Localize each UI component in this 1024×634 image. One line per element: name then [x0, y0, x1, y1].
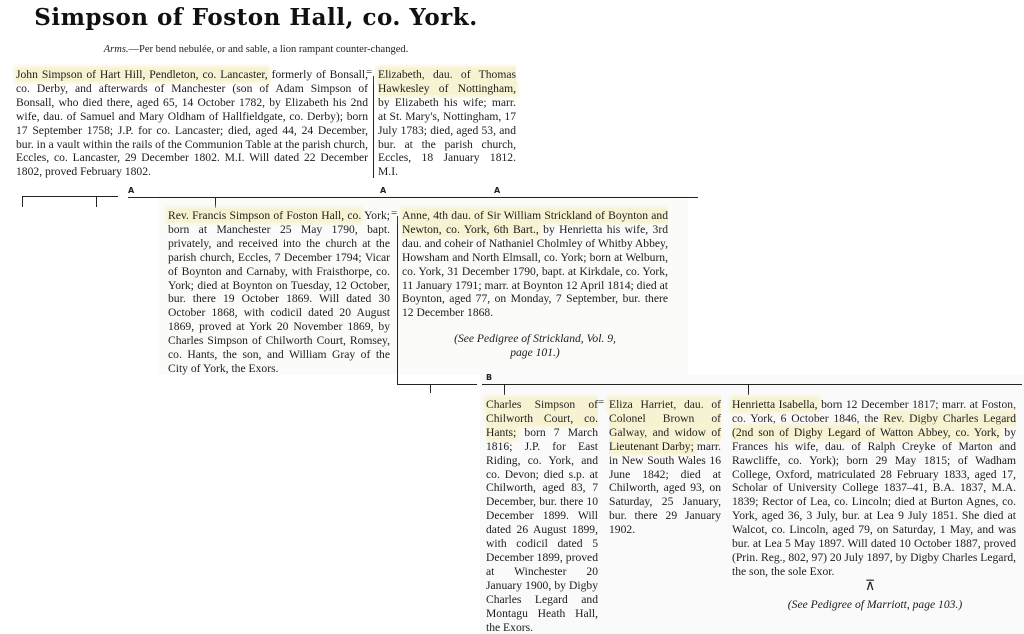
charles-simpson-entry: Charles Simpson of Chilworth Court, co. … — [486, 398, 598, 634]
descent-marker: B — [486, 373, 492, 382]
person-details: formerly of Bonsall, co. Derby, and afte… — [16, 68, 368, 178]
eliza-harriet-entry: Eliza Harriet, dau. of Colonel Brown of … — [609, 398, 721, 537]
marriage-symbol: = — [366, 66, 372, 78]
person-details: born 7 March 1816; J.P. for East Riding,… — [486, 426, 598, 634]
person-name: Henrietta Isabella, — [732, 398, 818, 411]
henrietta-isabella-entry: Henrietta Isabella, born 12 December 181… — [732, 398, 1016, 579]
reference-line-1: (See Pedigree of Strickland, Vol. 9, — [420, 332, 650, 346]
child-drop-line — [96, 197, 97, 207]
arms-text: —Per bend nebulée, or and sable, a lion … — [129, 44, 409, 55]
descent-marker: A — [494, 186, 500, 195]
issue-symbol: ⊼ — [865, 578, 875, 595]
person-details: by Elizabeth his wife; marr. at St. Mary… — [378, 96, 516, 179]
branch-line — [397, 384, 477, 385]
elizabeth-hawkesley-entry: Elizabeth, dau. of Thomas Hawkesley of N… — [378, 68, 516, 179]
branch-line — [22, 196, 118, 197]
marriage-vertical-line — [373, 76, 374, 178]
child-drop-line — [22, 197, 23, 207]
person-details: by Frances his wife, dau. of Ralph Creyk… — [732, 426, 1016, 578]
child-drop-line — [504, 385, 505, 395]
child-drop-line — [215, 198, 216, 208]
francis-simpson-entry: Rev. Francis Simpson of Foston Hall, co.… — [168, 209, 390, 376]
person-details: York; born at Manchester 25 May 1790, ba… — [168, 209, 390, 375]
descent-marker: A — [380, 186, 386, 195]
person-details: marr. in New South Wales 16 June 1842; d… — [609, 440, 721, 536]
john-simpson-entry: John Simpson of Hart Hill, Pendleton, co… — [16, 68, 368, 179]
reference-line-2: page 101.) — [420, 346, 650, 360]
person-details: by Henrietta his wife, 3rd dau. and cohe… — [402, 223, 668, 319]
strickland-pedigree-reference: (See Pedigree of Strickland, Vol. 9, pag… — [420, 332, 650, 360]
marriage-symbol: = — [598, 396, 604, 408]
branch-line — [482, 384, 1022, 385]
person-name: Elizabeth, dau. of Thomas Hawkesley of N… — [378, 68, 516, 95]
person-name: John Simpson of Hart Hill, Pendleton, co… — [16, 68, 268, 81]
descent-marker: A — [128, 186, 134, 195]
arms-description: Arms.—Per bend nebulée, or and sable, a … — [0, 44, 512, 55]
branch-line — [128, 197, 698, 198]
marriott-pedigree-reference: (See Pedigree of Marriott, page 103.) — [740, 598, 1010, 612]
child-drop-line — [430, 385, 431, 393]
child-drop-line — [748, 385, 749, 395]
marriage-vertical-line — [397, 216, 398, 384]
anne-strickland-entry: Anne, 4th dau. of Sir William Strickland… — [402, 209, 668, 320]
person-name: Rev. Francis Simpson of Foston Hall, co. — [168, 209, 361, 222]
page-title: Simpson of Foston Hall, co. York. — [0, 4, 512, 31]
arms-label: Arms. — [104, 44, 129, 55]
